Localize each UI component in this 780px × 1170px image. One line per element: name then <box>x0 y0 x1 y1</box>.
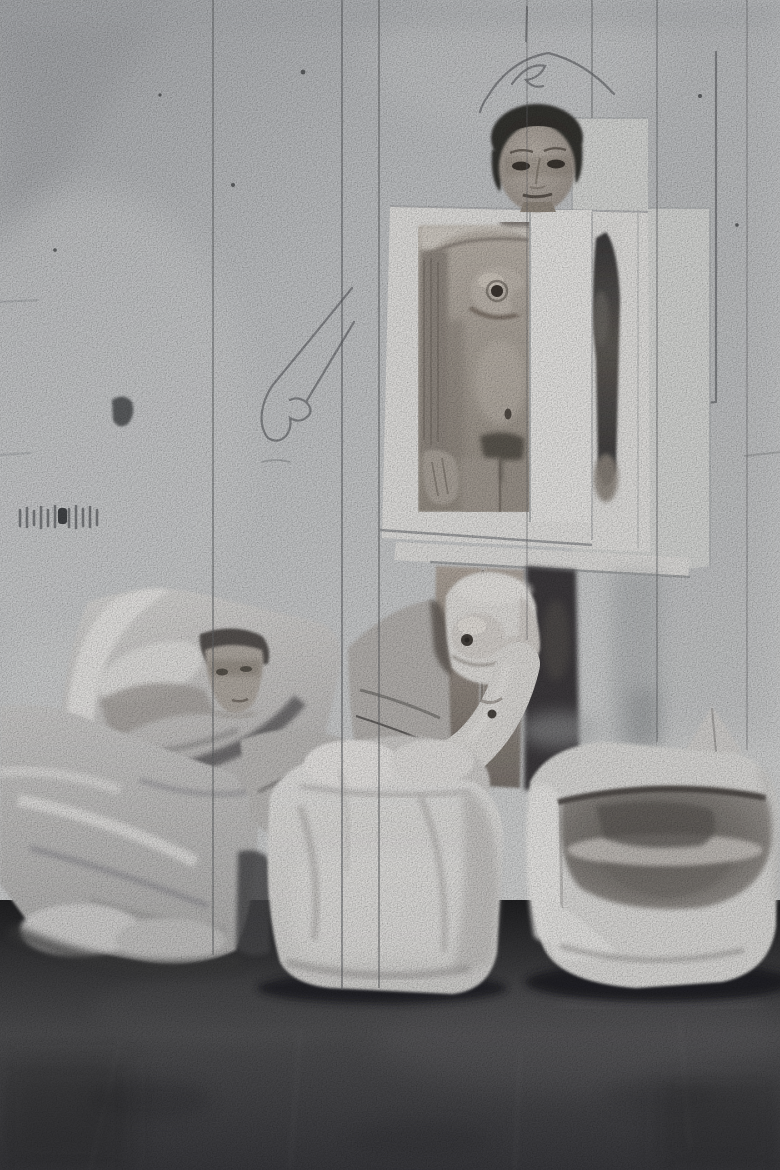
film-grain-overlay <box>0 0 780 1170</box>
installation-photograph: Black-and-white photograph of an art ins… <box>0 0 780 1170</box>
vignette-bottom-right <box>660 1080 780 1170</box>
installation-photo-svg: Black-and-white photograph of an art ins… <box>0 0 780 1170</box>
vignette-bottom-left <box>0 1060 130 1170</box>
